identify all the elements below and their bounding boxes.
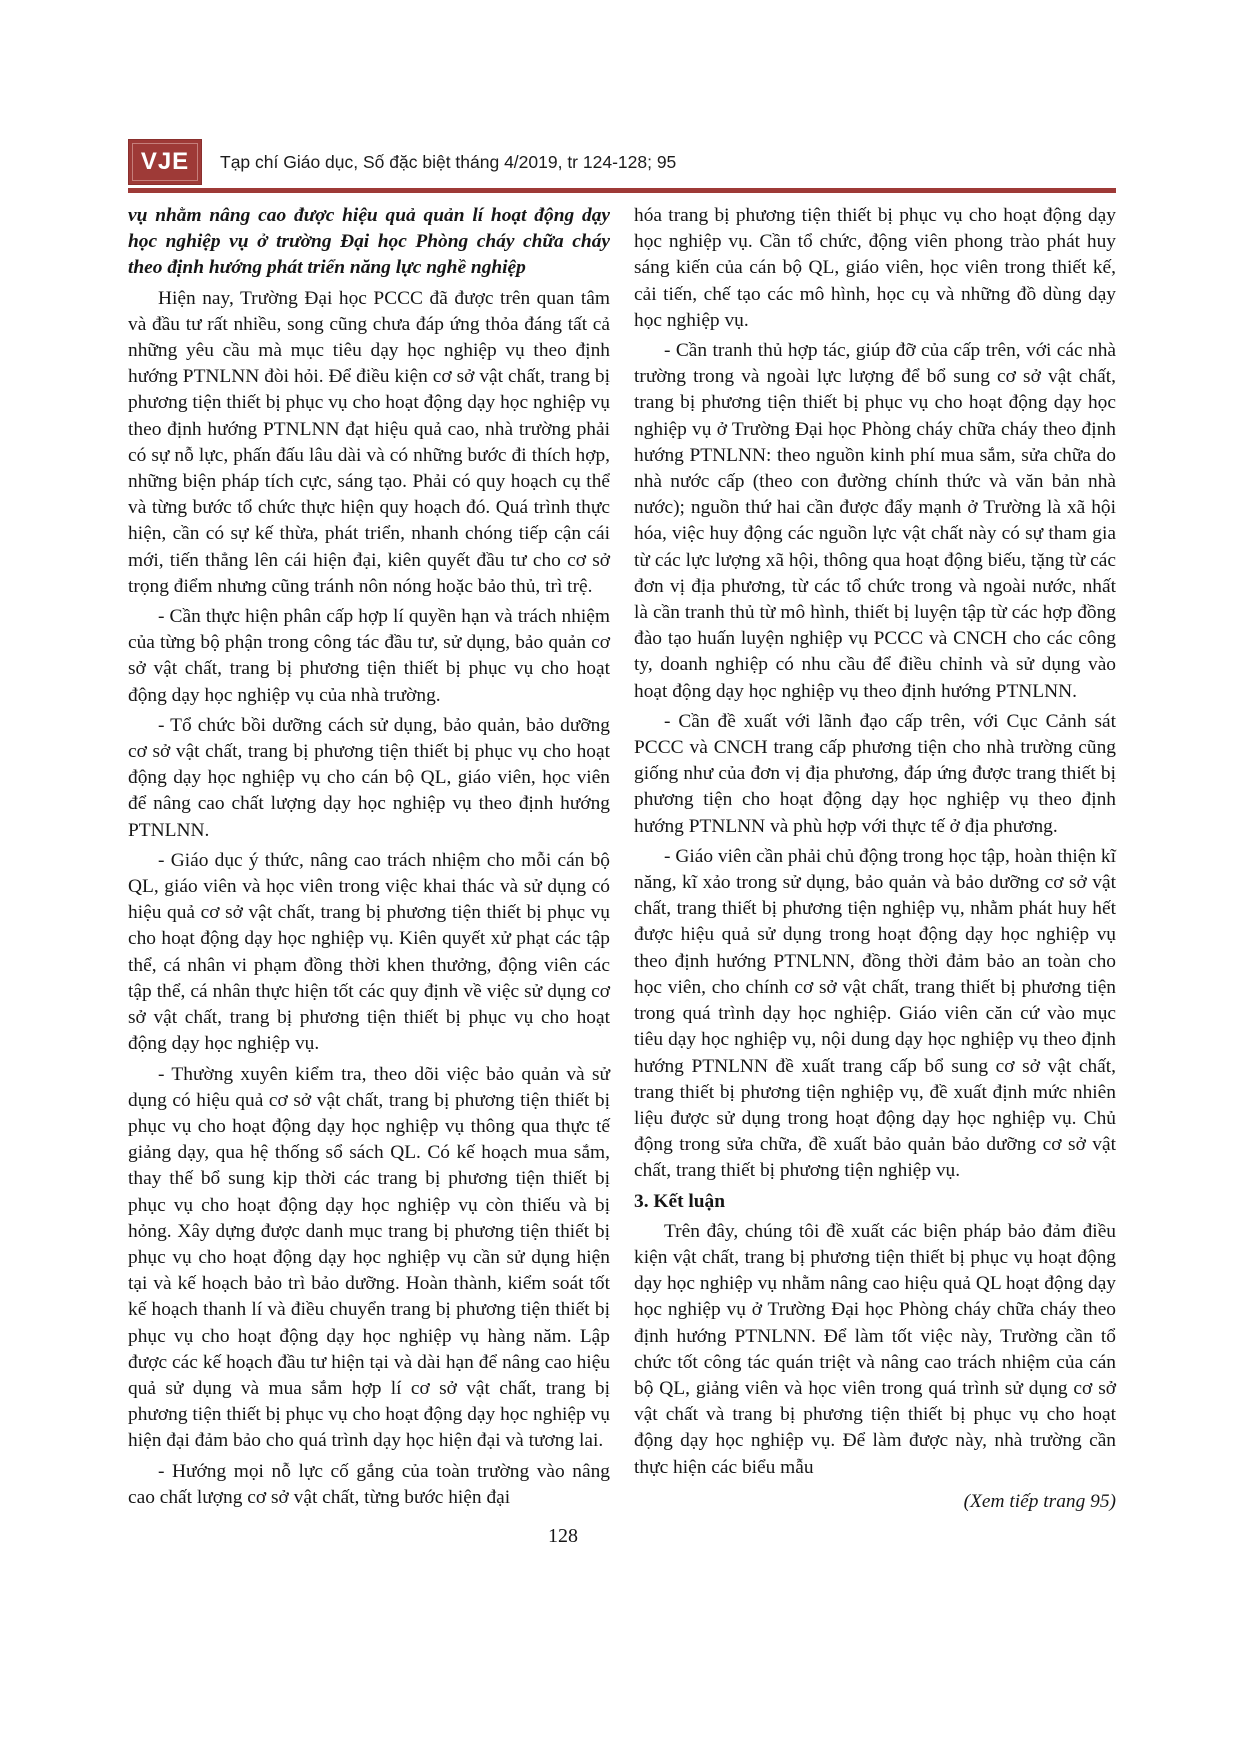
header-rule: [128, 188, 1116, 193]
paragraph: Hiện nay, Trường Đại học PCCC đã được tr…: [128, 286, 610, 600]
paragraph: - Giáo viên cần phải chủ động trong học …: [634, 844, 1116, 1185]
vje-logo: VJE: [128, 139, 202, 185]
journal-citation-line: Tạp chí Giáo dục, Số đặc biệt tháng 4/20…: [220, 152, 676, 173]
paragraph: hóa trang bị phương tiện thiết bị phục v…: [634, 203, 1116, 334]
article-body: vụ nhằm nâng cao được hiệu quả quản lí h…: [128, 203, 1116, 1519]
continuation-note: (Xem tiếp trang 95): [634, 1489, 1116, 1515]
conclusion-heading: 3. Kết luận: [634, 1189, 1116, 1215]
right-column: hóa trang bị phương tiện thiết bị phục v…: [634, 203, 1116, 1519]
paragraph: - Cần tranh thủ hợp tác, giúp đỡ của cấp…: [634, 338, 1116, 705]
paragraph: - Cần thực hiện phân cấp hợp lí quyền hạ…: [128, 604, 610, 709]
paragraph: - Cần đề xuất với lãnh đạo cấp trên, với…: [634, 709, 1116, 840]
paragraph: - Hướng mọi nỗ lực cố gắng của toàn trườ…: [128, 1459, 610, 1511]
journal-page: VJE Tạp chí Giáo dục, Số đặc biệt tháng …: [0, 0, 1240, 1754]
paragraph: - Tổ chức bồi dưỡng cách sử dụng, bảo qu…: [128, 713, 610, 844]
page-header: VJE Tạp chí Giáo dục, Số đặc biệt tháng …: [128, 139, 1116, 193]
paragraph: - Thường xuyên kiểm tra, theo dõi việc b…: [128, 1062, 610, 1455]
conclusion-paragraph: Trên đây, chúng tôi đề xuất các biện phá…: [634, 1219, 1116, 1481]
paragraph: - Giáo dục ý thức, nâng cao trách nhiệm …: [128, 848, 610, 1058]
left-column: vụ nhằm nâng cao được hiệu quả quản lí h…: [128, 203, 610, 1519]
page-number: 128: [128, 1525, 998, 1548]
lead-continuation-paragraph: vụ nhằm nâng cao được hiệu quả quản lí h…: [128, 203, 610, 282]
